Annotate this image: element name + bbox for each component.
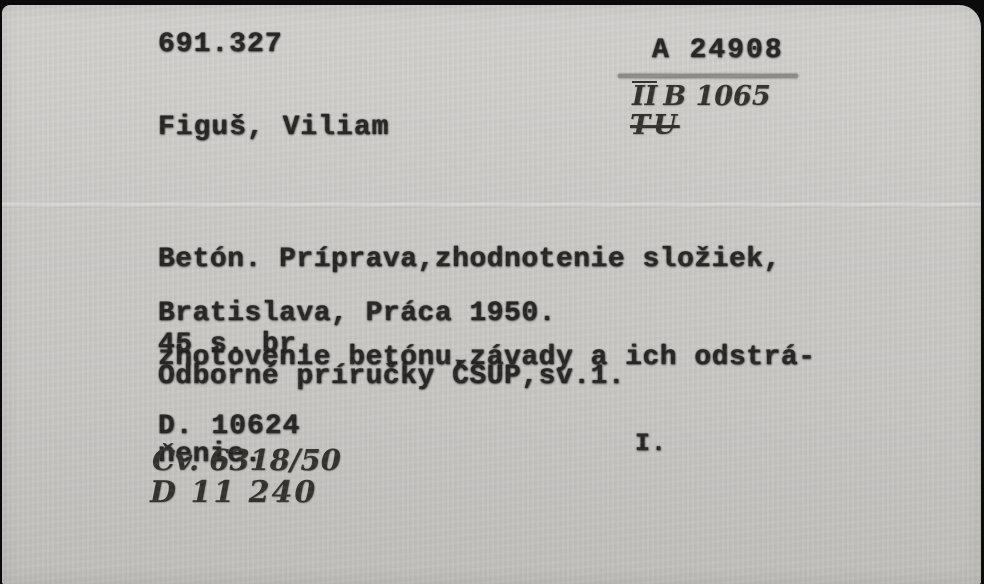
imprint-line: Bratislava, Práca 1950. — [158, 298, 556, 329]
author-line: Figuš, Viliam — [158, 112, 389, 143]
shelfmark-roman-numeral: II — [632, 81, 657, 110]
catalog-card-paper: 691.327 A 24908 IIB 1065 TU Figuš, Vilia… — [2, 5, 981, 584]
crossed-out-note: TU — [630, 110, 680, 141]
handwritten-shelfmark: IIB 1065 — [632, 81, 771, 112]
title-line-1: Betón. Príprava,zhodnotenie složiek, — [158, 244, 816, 277]
pencil-underline — [618, 74, 798, 78]
handwritten-number-2: D 11 240 — [150, 475, 317, 510]
handwritten-number-1: Čv. 6318/50 — [152, 443, 341, 477]
classification-number: 691.327 — [158, 29, 283, 60]
volume-note: I. — [635, 429, 667, 458]
shelfmark-rest: B 1065 — [663, 81, 770, 112]
collation-line: 45 s. br. — [158, 329, 314, 360]
scanned-catalog-card: 691.327 A 24908 IIB 1065 TU Figuš, Vilia… — [0, 0, 984, 584]
record-number: D. 10624 — [158, 411, 300, 442]
accession-number: A 24908 — [652, 35, 784, 66]
series-line: Odborné príručky ČSÚP,sv.1. — [158, 361, 625, 392]
